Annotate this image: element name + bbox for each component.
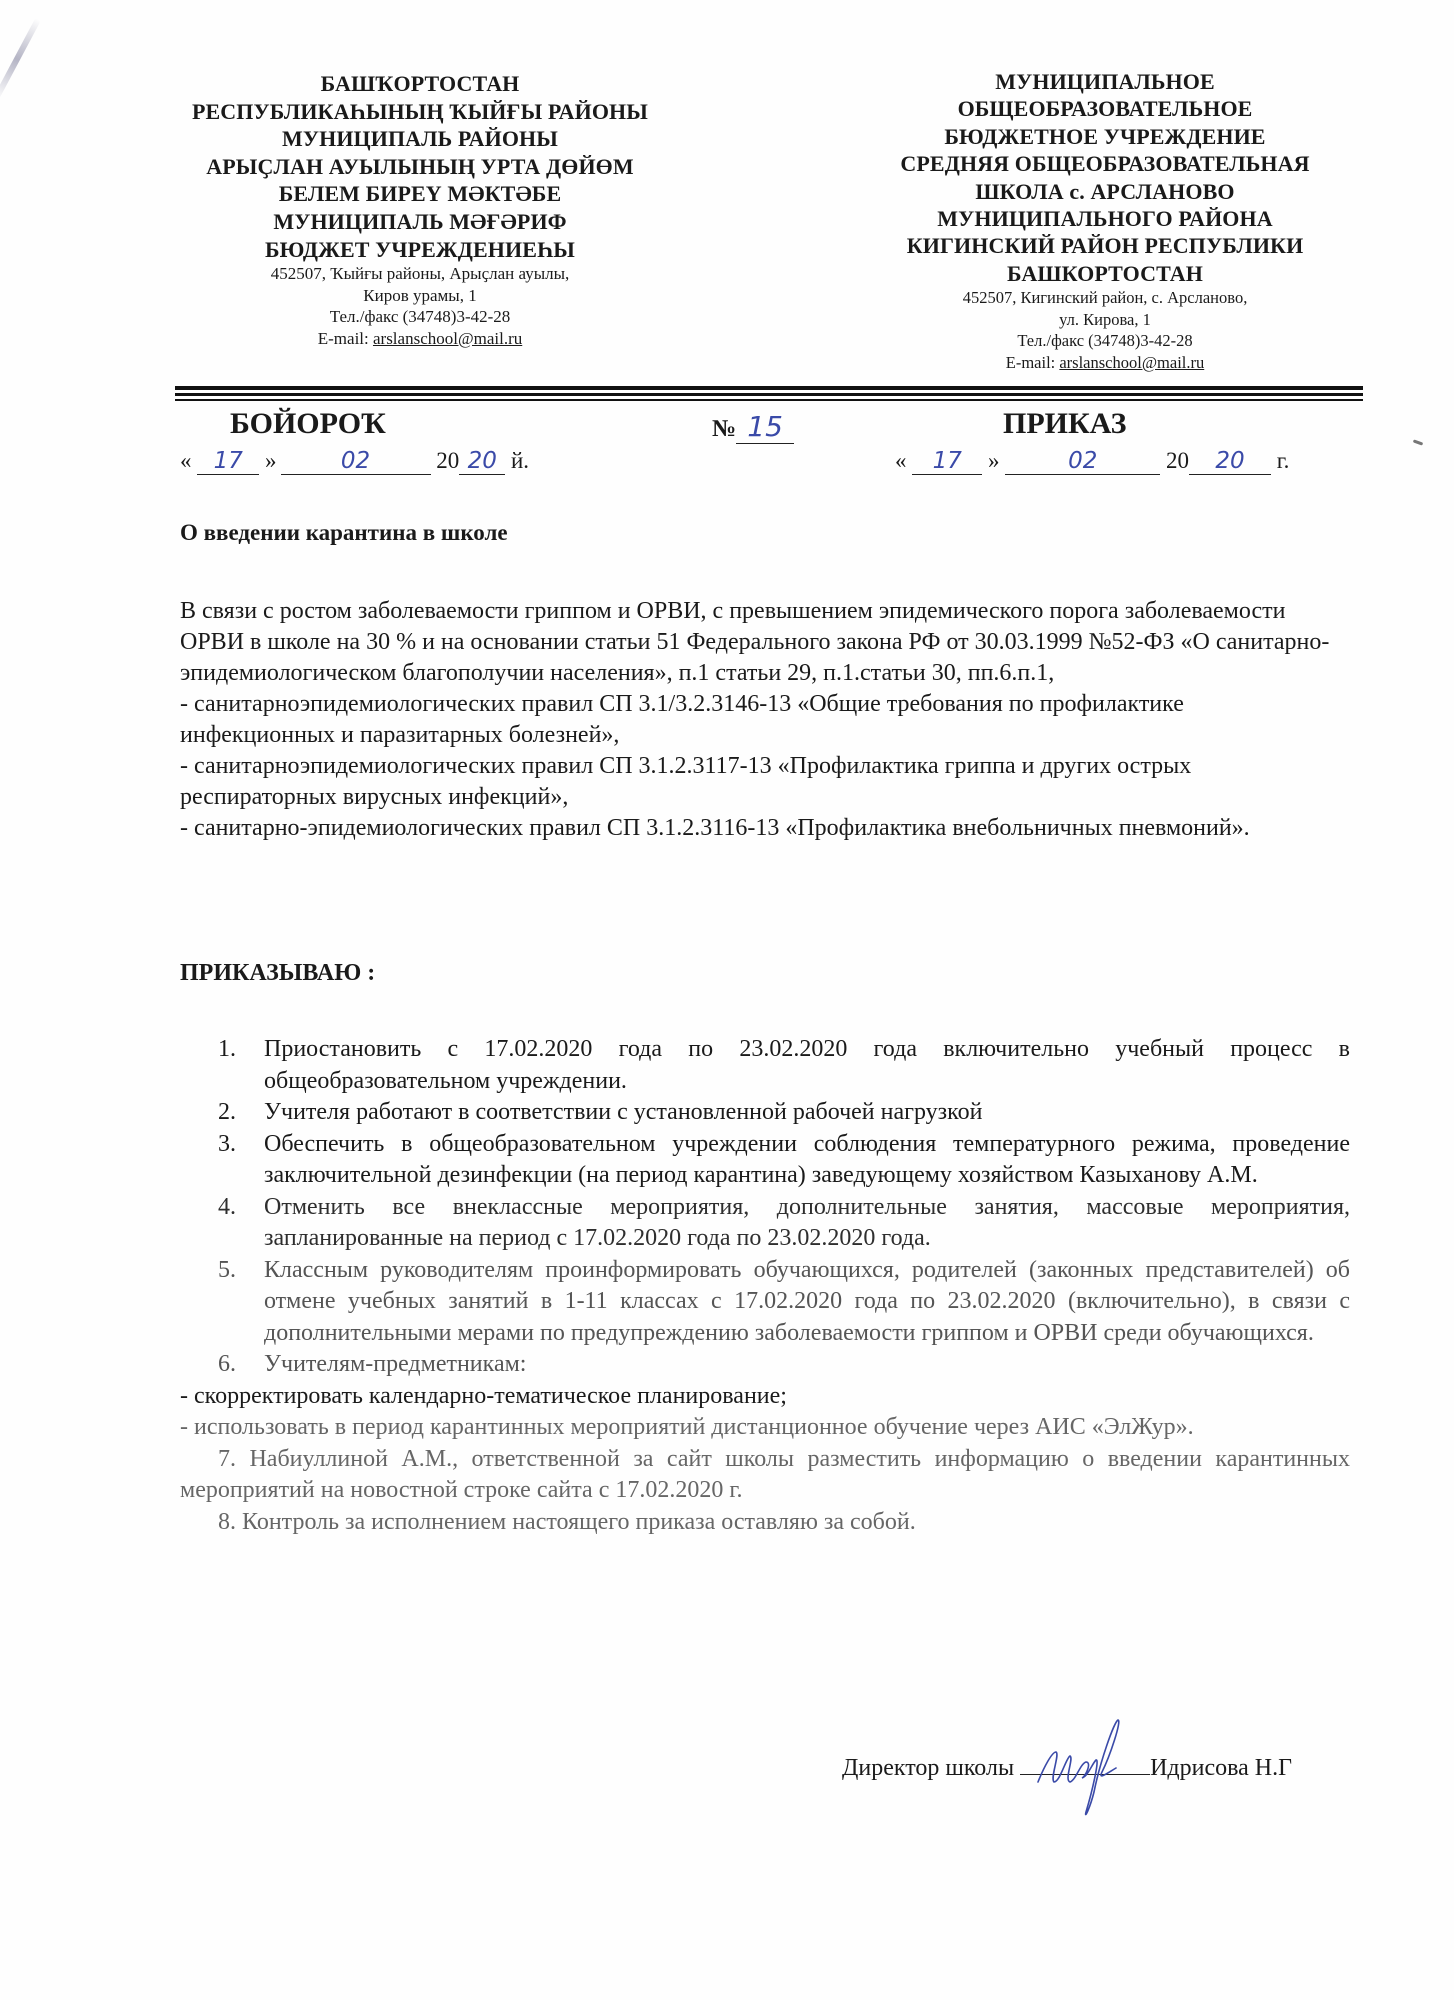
item-text: Обеспечить в общеобразовательном учрежде…: [264, 1131, 1350, 1189]
date-unit: г.: [1277, 448, 1290, 473]
preamble-regulation: - санитарно-эпидемиологических правил СП…: [180, 813, 1330, 844]
header-russian-title-line: КИГИНСКИЙ РАЙОН РЕСПУБЛИКИ: [860, 232, 1350, 259]
item-number: 8.: [218, 1509, 236, 1535]
item-text: Контроль за исполнением настоящего прика…: [242, 1509, 916, 1535]
header-russian-address-line: 452507, Кигинский район, с. Арсланово,: [860, 287, 1350, 309]
order-number: №15: [712, 410, 794, 444]
quote-open: «: [895, 448, 907, 473]
item-number: 6.: [218, 1349, 236, 1381]
order-item: 2.Учителя работают в соответствии с уста…: [180, 1097, 1350, 1129]
doc-type-bashkir: БОЙОРОҠ: [230, 407, 386, 441]
header-bashkir-email-row: E-mail: arslanschool@mail.ru: [170, 328, 670, 350]
order-directive-heading: ПРИКАЗЫВАЮ :: [180, 960, 375, 987]
quote-close: »: [988, 448, 1000, 473]
item-number: 1.: [218, 1034, 236, 1066]
header-bashkir-title-line: БЮДЖЕТ УЧРЕЖДЕНИЕҺЫ: [170, 236, 670, 264]
header-divider-middle: [175, 393, 1363, 396]
header-russian-title-line: БАШКОРТОСТАН: [860, 260, 1350, 287]
header-bashkir-title-line: РЕСПУБЛИКАҺЫНЫҢ ҠЫЙҒЫ РАЙОНЫ: [170, 98, 670, 126]
header-divider-thick: [175, 386, 1363, 390]
item-text: Отменить все внеклассные мероприятия, до…: [264, 1194, 1350, 1252]
email-label: E-mail:: [1006, 353, 1060, 372]
item-number: 5.: [218, 1255, 236, 1287]
preamble-regulation: - санитарноэпидемиологических правил СП …: [180, 689, 1330, 751]
header-bashkir-address-line: Киров урамы, 1: [170, 285, 670, 307]
item-text: Учителя работают в соответствии с устано…: [264, 1099, 982, 1125]
handwritten-signature-icon: [1030, 1712, 1140, 1822]
header-bashkir-title-line: МУНИЦИПАЛЬ РАЙОНЫ: [170, 125, 670, 153]
item6-subline: - использовать в период карантинных меро…: [180, 1412, 1350, 1444]
order-item: 6.Учителям-предметникам:: [180, 1349, 1350, 1381]
date-day: 17: [197, 448, 259, 475]
item-number: 4.: [218, 1192, 236, 1224]
date-russian: « 17 » 02 2020 г.: [895, 448, 1289, 475]
date-month: 02: [1005, 448, 1160, 475]
scan-artifact-dot: [1413, 439, 1423, 445]
item6-subline: - скорректировать календарно-тематическо…: [180, 1381, 1350, 1413]
quote-close: »: [265, 448, 277, 473]
item-number: 2.: [218, 1097, 236, 1129]
scan-artifact-streak: [0, 18, 41, 100]
header-russian: МУНИЦИПАЛЬНОЕ ОБЩЕОБРАЗОВАТЕЛЬНОЕ БЮДЖЕТ…: [860, 68, 1350, 373]
item-text: Классным руководителям проинформировать …: [264, 1257, 1350, 1346]
order-item: 5. Классным руководителям проинформирова…: [180, 1255, 1350, 1350]
date-year: 20: [1189, 448, 1271, 475]
item-number: 7.: [218, 1446, 236, 1472]
order-item: 7. Набиуллиной А.М., ответственной за са…: [180, 1444, 1350, 1507]
header-russian-title-line: БЮДЖЕТНОЕ УЧРЕЖДЕНИЕ: [860, 123, 1350, 150]
date-month: 02: [281, 448, 431, 475]
header-russian-title-line: ОБЩЕОБРАЗОВАТЕЛЬНОЕ: [860, 95, 1350, 122]
email-link[interactable]: arslanschool@mail.ru: [373, 329, 522, 348]
order-items-list: 1.Приостановить с 17.02.2020 года по 23.…: [180, 1034, 1350, 1538]
scanned-document-page: БАШҠОРТОСТАН РЕСПУБЛИКАҺЫНЫҢ ҠЫЙҒЫ РАЙОН…: [0, 0, 1454, 2000]
header-russian-title-line: МУНИЦИПАЛЬНОЕ: [860, 68, 1350, 95]
header-bashkir-title-line: БЕЛЕМ БИРЕҮ МӘКТӘБЕ: [170, 180, 670, 208]
header-bashkir-title-line: БАШҠОРТОСТАН: [170, 70, 670, 98]
order-item: 4.Отменить все внеклассные мероприятия, …: [180, 1192, 1350, 1255]
date-day: 17: [912, 448, 982, 475]
header-russian-title-line: СРЕДНЯЯ ОБЩЕОБРАЗОВАТЕЛЬНАЯ: [860, 150, 1350, 177]
date-year: 20: [459, 448, 505, 475]
preamble-regulation: - санитарноэпидемиологических правил СП …: [180, 751, 1330, 813]
item-number: 3.: [218, 1129, 236, 1161]
header-bashkir-title-line: МУНИЦИПАЛЬ МӘҒӘРИФ: [170, 208, 670, 236]
email-link[interactable]: arslanschool@mail.ru: [1059, 353, 1204, 372]
order-item: 8. Контроль за исполнением настоящего пр…: [180, 1507, 1350, 1539]
preamble-paragraph: В связи с ростом заболеваемости гриппом …: [180, 596, 1330, 689]
signer-position: Директор школы: [842, 1755, 1014, 1781]
date-unit: й.: [511, 448, 529, 473]
date-century: 20: [436, 448, 459, 473]
item-text: Набиуллиной А.М., ответственной за сайт …: [180, 1446, 1350, 1504]
header-bashkir-address-line: 452507, Ҡыйғы районы, Арыҫлан ауылы,: [170, 263, 670, 285]
order-subject: О введении карантина в школе: [180, 520, 508, 546]
order-item: 1.Приостановить с 17.02.2020 года по 23.…: [180, 1034, 1350, 1097]
header-bashkir-title-line: АРЫҪЛАН АУЫЛЫНЫҢ УРТА ДӨЙӨМ: [170, 153, 670, 181]
signer-name: Идрисова Н.Г: [1150, 1755, 1292, 1781]
header-russian-title-line: МУНИЦИПАЛЬНОГО РАЙОНА: [860, 205, 1350, 232]
header-bashkir-phone: Тел./факс (34748)3-42-28: [170, 306, 670, 328]
signature-line: [1020, 1752, 1150, 1775]
item-text: Приостановить с 17.02.2020 года по 23.02…: [264, 1036, 1350, 1094]
date-bashkir: « 17 »02 2020 й.: [180, 448, 529, 475]
signature-block: Директор школы Идрисова Н.Г: [842, 1752, 1292, 1782]
header-divider-thin: [175, 399, 1363, 401]
header-russian-phone: Тел./факс (34748)3-42-28: [860, 330, 1350, 352]
header-russian-address-line: ул. Кирова, 1: [860, 309, 1350, 331]
order-number-value: 15: [736, 410, 794, 444]
preamble: В связи с ростом заболеваемости гриппом …: [180, 596, 1330, 844]
quote-open: «: [180, 448, 192, 473]
date-century: 20: [1166, 448, 1189, 473]
number-sign: №: [712, 416, 736, 442]
doc-type-russian: ПРИКАЗ: [1003, 407, 1127, 441]
header-russian-email-row: E-mail: arslanschool@mail.ru: [860, 352, 1350, 374]
email-label: E-mail:: [318, 329, 373, 348]
order-item: 3. Обеспечить в общеобразовательном учре…: [180, 1129, 1350, 1192]
header-bashkir: БАШҠОРТОСТАН РЕСПУБЛИКАҺЫНЫҢ ҠЫЙҒЫ РАЙОН…: [170, 70, 670, 349]
header-russian-title-line: ШКОЛА с. АРСЛАНОВО: [860, 178, 1350, 205]
item-text: Учителям-предметникам:: [264, 1351, 526, 1377]
